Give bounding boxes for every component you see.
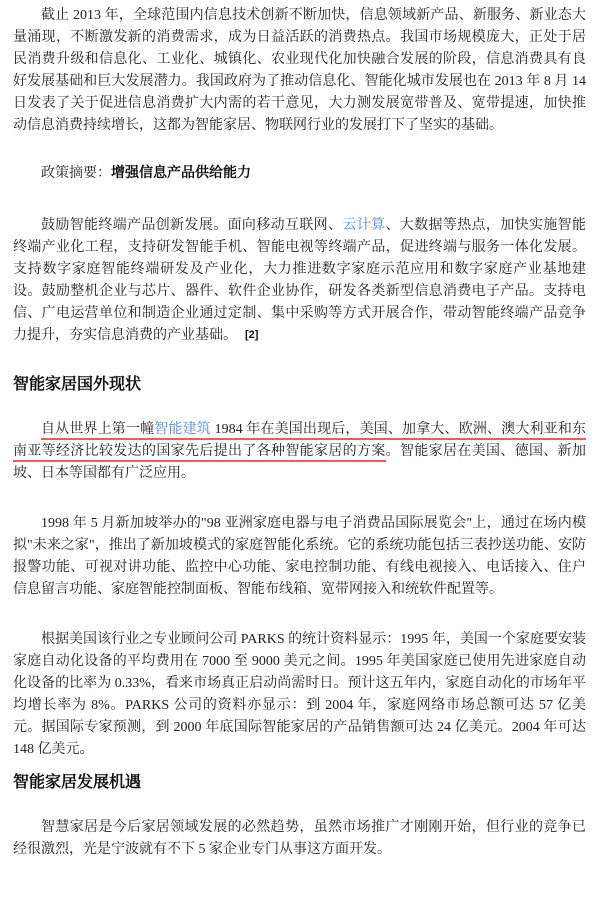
paragraph-overseas-1: 自从世界上第一幢智能建筑 1984 年在美国出现后，美国、加拿大、欧洲、澳大利亚…: [13, 419, 586, 485]
policy-detail-text-before-link: 鼓励智能终端产品创新发展。面向移动互联网、: [41, 218, 342, 233]
policy-detail-text-after-link: 、大数据等热点，加快实施智能终端产业化工程，支持研发智能手机、智能电视等终端产品…: [13, 218, 586, 343]
paragraph-intro: 截止 2013 年，全球范围内信息技术创新不断加快，信息领域新产品、新服务、新业…: [13, 5, 586, 137]
section-heading-overseas-status: 智能家居国外现状: [13, 373, 586, 397]
article-page: 截止 2013 年，全球范围内信息技术创新不断加快，信息领域新产品、新服务、新业…: [0, 0, 600, 899]
paragraph-overseas-3: 根据美国该行业之专业顾问公司 PARKS 的统计资料显示：1995 年，美国一个…: [13, 629, 586, 761]
link-intelligent-building[interactable]: 智能建筑: [154, 422, 211, 437]
section-heading-development-opportunity: 智能家居发展机遇: [13, 771, 586, 795]
citation-ref-2[interactable]: [2]: [245, 329, 258, 341]
opportunity-para1-text: 智慧家居是今后家居领域发展的必然趋势，虽然市场推广才刚刚开始，但行业的竞争已经很…: [13, 820, 586, 857]
overseas-para3-text: 根据美国该行业之专业顾问公司 PARKS 的统计资料显示：1995 年，美国一个…: [13, 632, 586, 757]
policy-summary-line: 政策摘要：增强信息产品供给能力: [13, 163, 586, 185]
paragraph-policy-detail: 鼓励智能终端产品创新发展。面向移动互联网、云计算、大数据等热点，加快实施智能终端…: [13, 215, 586, 347]
intro-text: 截止 2013 年，全球范围内信息技术创新不断加快，信息领域新产品、新服务、新业…: [13, 8, 586, 133]
overseas-text-before-link: 自从世界上第一幢: [41, 422, 154, 437]
paragraph-opportunity-1: 智慧家居是今后家居领域发展的必然趋势，虽然市场推广才刚刚开始，但行业的竞争已经很…: [13, 817, 586, 861]
link-cloud-computing[interactable]: 云计算: [342, 218, 385, 233]
overseas-para2-text: 1998 年 5 月新加坡举办的"98 亚洲家庭电器与电子消费品国际展览会"上，…: [13, 516, 586, 597]
paragraph-overseas-2: 1998 年 5 月新加坡举办的"98 亚洲家庭电器与电子消费品国际展览会"上，…: [13, 513, 586, 601]
policy-summary-prefix: 政策摘要：: [41, 166, 111, 181]
policy-summary-highlight: 增强信息产品供给能力: [111, 166, 251, 181]
